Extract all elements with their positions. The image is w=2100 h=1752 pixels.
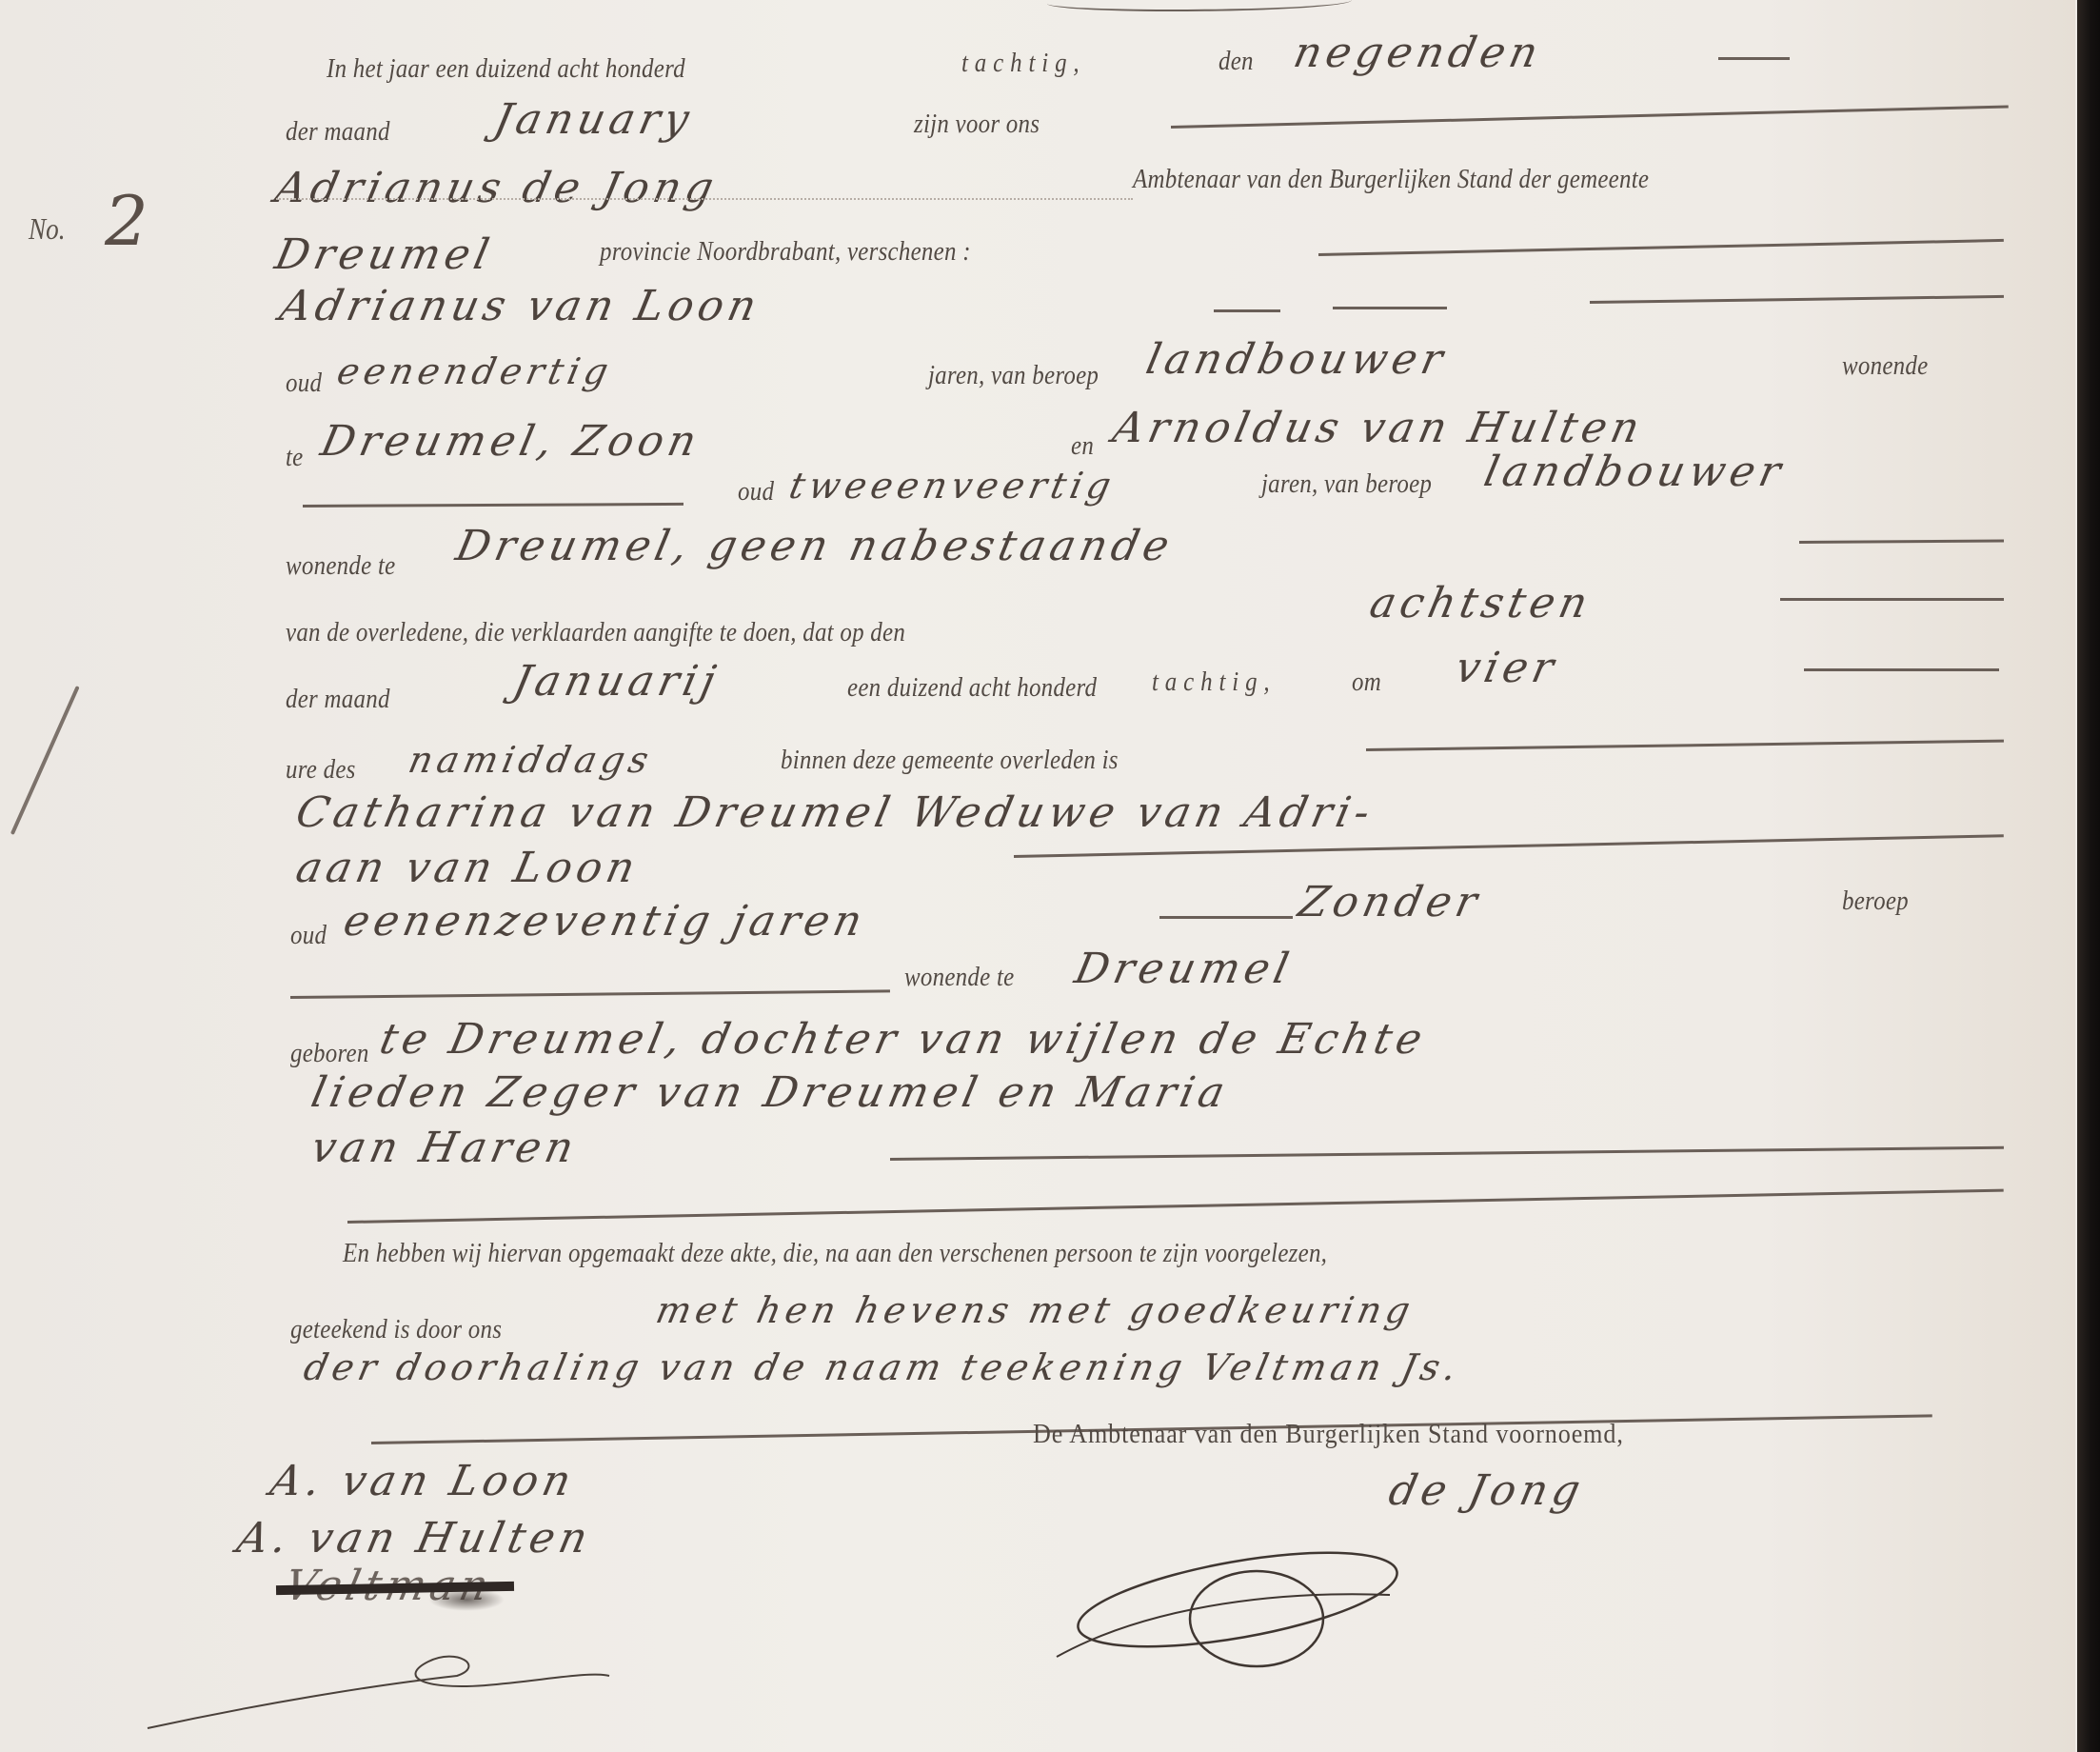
printed-line11-b: een duizend acht honderd [847,672,1097,704]
hand-official-name: Adrianus de Jong [271,164,723,212]
hand-declarant2-residence: Dreumel, geen nabestaande [452,522,1179,570]
record-number: 2 [105,181,149,261]
printed-year-2: tachtig, [1152,667,1277,698]
signature-official: de Jong [1385,1466,1590,1515]
printed-line15-a: oud [290,920,327,951]
hand-deceased-line1: Catharina van Dreumel Weduwe van Adri- [292,788,1379,837]
printed-line10-a: van de overledene, die verklaarden aangi… [286,617,905,648]
hand-deceased-line2: aan van Loon [292,844,644,892]
printed-line12-b: binnen deze gemeente overleden is [781,745,1119,776]
hand-birth-line2: lieden Zeger van Dreumel en Maria [307,1068,1234,1117]
signature-flourish-official [1028,1523,1428,1676]
printed-den: den [1218,46,1254,77]
hand-day: negenden [1290,29,1547,77]
hand-declarant1-name: Adrianus van Loon [276,282,765,330]
printed-closing-1: En hebben wij hiervan opgemaakt deze akt… [343,1238,1327,1269]
printed-line2-a: der maand [286,116,390,148]
fill-rule [1333,307,1447,309]
record-number-label: No. [29,211,66,247]
printed-line7-b: en [1071,430,1094,462]
hand-month: January [490,95,699,144]
hand-birth-line3: van Haren [307,1124,583,1172]
hand-death-day: achtsten [1366,579,1596,627]
hand-declarant1-occupation: landbouwer [1142,335,1452,384]
printed-line9-a: wonende te [286,550,395,582]
printed-line6-a: oud [286,368,322,399]
printed-line8-b: jaren, van beroep [1261,468,1432,500]
fill-rule [1804,668,1999,671]
printed-line17-a: geboren [290,1038,369,1069]
hand-deceased-occupation: Zonder [1295,878,1486,926]
signature-declarant2: A. van Hulten [233,1514,597,1563]
hand-birth-line1: te Dreumel, dochter van wijlen de Echte [376,1015,1432,1064]
printed-year: tachtig, [961,48,1086,79]
hand-municipality: Dreumel [271,230,498,279]
printed-line2-b: zijn voor ons [914,109,1040,140]
hand-deceased-age: eenenzeventig jaren [340,897,871,946]
hand-signing-note-2: der doorhaling van de naam teekening Vel… [300,1346,1465,1388]
book-binding-edge [2077,0,2100,1752]
printed-line4-b: provincie Noordbrabant, verschenen : [600,236,971,268]
signature-flourish-left [143,1619,619,1733]
printed-line1-a: In het jaar een duizend acht honderd [327,53,685,85]
printed-line3-b: Ambtenaar van den Burgerlijken Stand der… [1133,164,1649,195]
hand-death-month: Januarij [509,657,724,706]
printed-closing-2: geteekend is door ons [290,1314,502,1345]
printed-line6-c: wonende [1842,350,1928,382]
printed-line7-a: te [286,442,304,473]
fill-rule [1159,916,1293,919]
printed-line11-a: der maand [286,684,390,715]
hand-declarant2-occupation: landbouwer [1480,448,1790,496]
dotted-guide [276,198,1133,200]
hand-declarant2-age: tweeenveertig [785,465,1119,507]
printed-line8-a: oud [738,476,774,508]
fill-rule [1780,598,2004,601]
hand-signing-note-1: met hen hevens met goedkeuring [652,1289,1418,1331]
printed-line15-b: beroep [1842,886,1909,917]
hand-declarant1-residence: Dreumel, Zoon [317,417,705,466]
printed-line6-b: jaren, van beroep [928,360,1099,391]
signature-declarant1: A. van Loon [267,1457,581,1505]
hand-declarant2-name: Arnoldus van Hulten [1109,404,1649,452]
printed-line12-a: ure des [286,754,356,786]
fill-rule [1214,309,1280,312]
printed-line16-a: wonende te [904,962,1014,993]
official-title: De Ambtenaar van den Burgerlijken Stand … [1033,1419,1624,1450]
hand-day-part: namiddags [405,739,657,781]
ink-smudge [428,1588,505,1611]
hand-declarant1-age: eenendertig [333,350,616,392]
hand-deceased-residence: Dreumel [1071,945,1298,993]
fill-rule [1718,57,1790,60]
printed-line11-c: om [1352,667,1381,698]
hand-death-hour: vier [1452,644,1563,692]
